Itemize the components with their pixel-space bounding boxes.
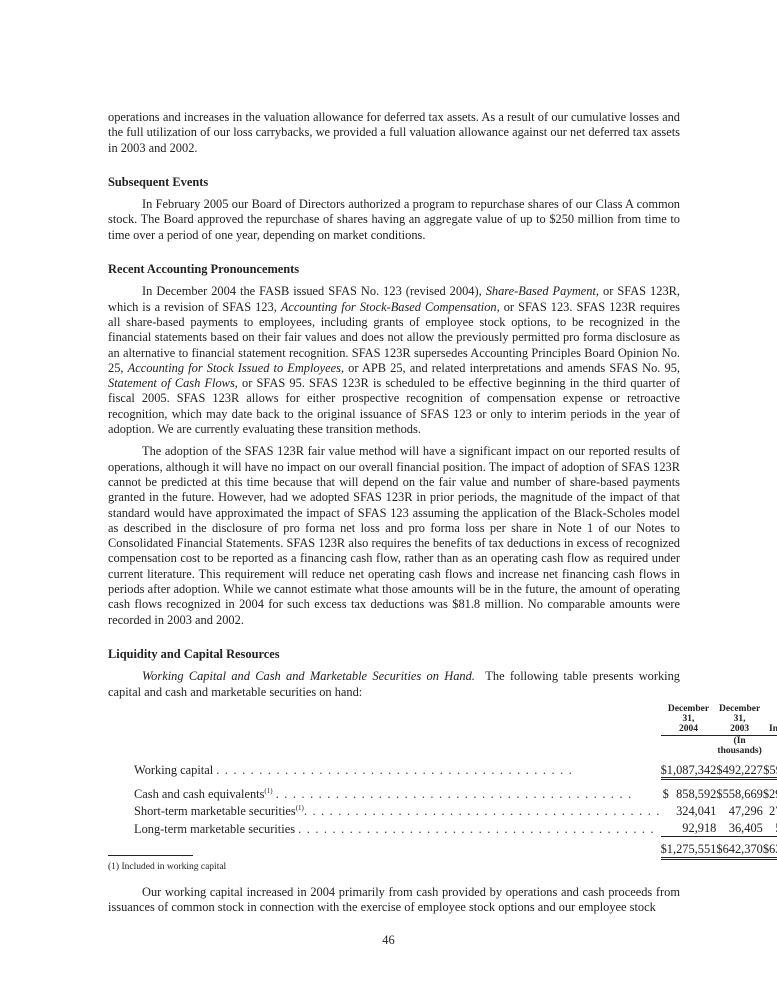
footnote-ref: (1) (296, 804, 304, 812)
italic-title: Share-Based Payment, (486, 284, 599, 298)
value-2004: 92,918 (661, 819, 717, 837)
table-header-row: December 31,2004 December 31,2003 Increa… (108, 704, 777, 736)
value-increase: 56,513 (763, 819, 777, 837)
row-label: Long-term marketable securities (134, 822, 295, 836)
table-total-row: $1,275,551 $642,370 $633,181 (108, 837, 777, 859)
footnote: (1) Included in working capital (108, 862, 226, 872)
italic-title: Accounting for Stock Issued to Employees… (128, 361, 344, 375)
page-number: 46 (0, 933, 777, 948)
header-2003: December 31,2003 (716, 704, 762, 736)
row-label: Short-term marketable securities (134, 804, 296, 818)
intro-paragraph: operations and increases in the valuatio… (108, 110, 680, 156)
row-label: Cash and cash equivalents (134, 787, 264, 801)
table-row: Cash and cash equivalents(1) . . . . . .… (108, 778, 777, 802)
value-increase: 276,745 (763, 802, 777, 819)
italic-title: Statement of Cash Flows, (108, 376, 238, 390)
document-body: operations and increases in the valuatio… (108, 110, 680, 700)
value-2003: 36,405 (716, 819, 762, 837)
liquidity-intro: Working Capital and Cash and Marketable … (108, 669, 680, 700)
value-2003: $492,227 (716, 763, 762, 780)
italic-subheading: Working Capital and Cash and Marketable … (142, 669, 475, 683)
working-capital-table: December 31,2004 December 31,2003 Increa… (108, 704, 777, 860)
text-run: or APB 25, and related interpretations a… (344, 361, 680, 375)
table-row: Short-term marketable securities(1). . .… (108, 802, 777, 819)
recent-accounting-paragraph-1: In December 2004 the FASB issued SFAS No… (108, 284, 680, 437)
units-label: (In thousands) (716, 736, 762, 756)
table-row: Long-term marketable securities . . . . … (108, 819, 777, 837)
value-2004: 324,041 (661, 802, 717, 819)
closing-paragraph: Our working capital increased in 2004 pr… (108, 885, 680, 916)
value-2003: 47,296 (716, 802, 762, 819)
total-2003: $642,370 (716, 837, 762, 859)
value-2003: $558,669 (716, 778, 762, 802)
footnote-ref: (1) (264, 787, 272, 795)
units-row: (In thousands) (108, 736, 777, 756)
row-label: Working capital (134, 763, 213, 777)
value-increase: $299,923 (763, 778, 777, 802)
value-increase: $595,115 (763, 763, 777, 780)
header-2004: December 31,2004 (661, 704, 717, 736)
heading-liquidity: Liquidity and Capital Resources (108, 647, 680, 662)
heading-subsequent-events: Subsequent Events (108, 175, 680, 190)
total-increase: $633,181 (763, 837, 777, 859)
header-increase: Increase (763, 704, 777, 736)
recent-accounting-paragraph-2: The adoption of the SFAS 123R fair value… (108, 444, 680, 628)
value-2004: $1,087,342 (661, 763, 717, 780)
text-run: In December 2004 the FASB issued SFAS No… (142, 284, 486, 298)
value-2004: 858,592 (676, 787, 716, 801)
italic-title: Accounting for Stock-Based Compensation, (281, 300, 500, 314)
table-row: Working capital . . . . . . . . . . . . … (108, 756, 777, 778)
total-2004: $1,275,551 (661, 837, 717, 859)
subsequent-events-paragraph: In February 2005 our Board of Directors … (108, 197, 680, 243)
footnote-rule (108, 855, 193, 856)
heading-recent-accounting: Recent Accounting Pronouncements (108, 262, 680, 277)
